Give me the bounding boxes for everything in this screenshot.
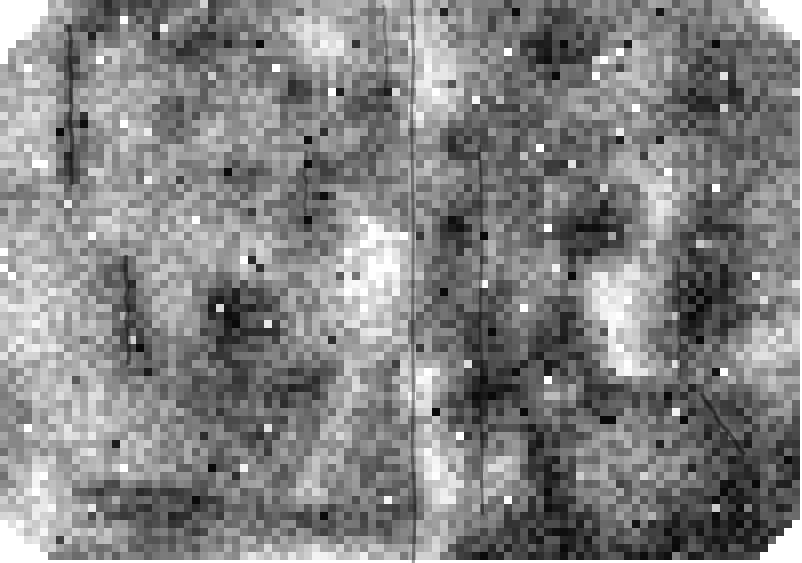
photomicrograph-canvas bbox=[0, 0, 802, 563]
photomicrograph-figure bbox=[0, 0, 802, 563]
